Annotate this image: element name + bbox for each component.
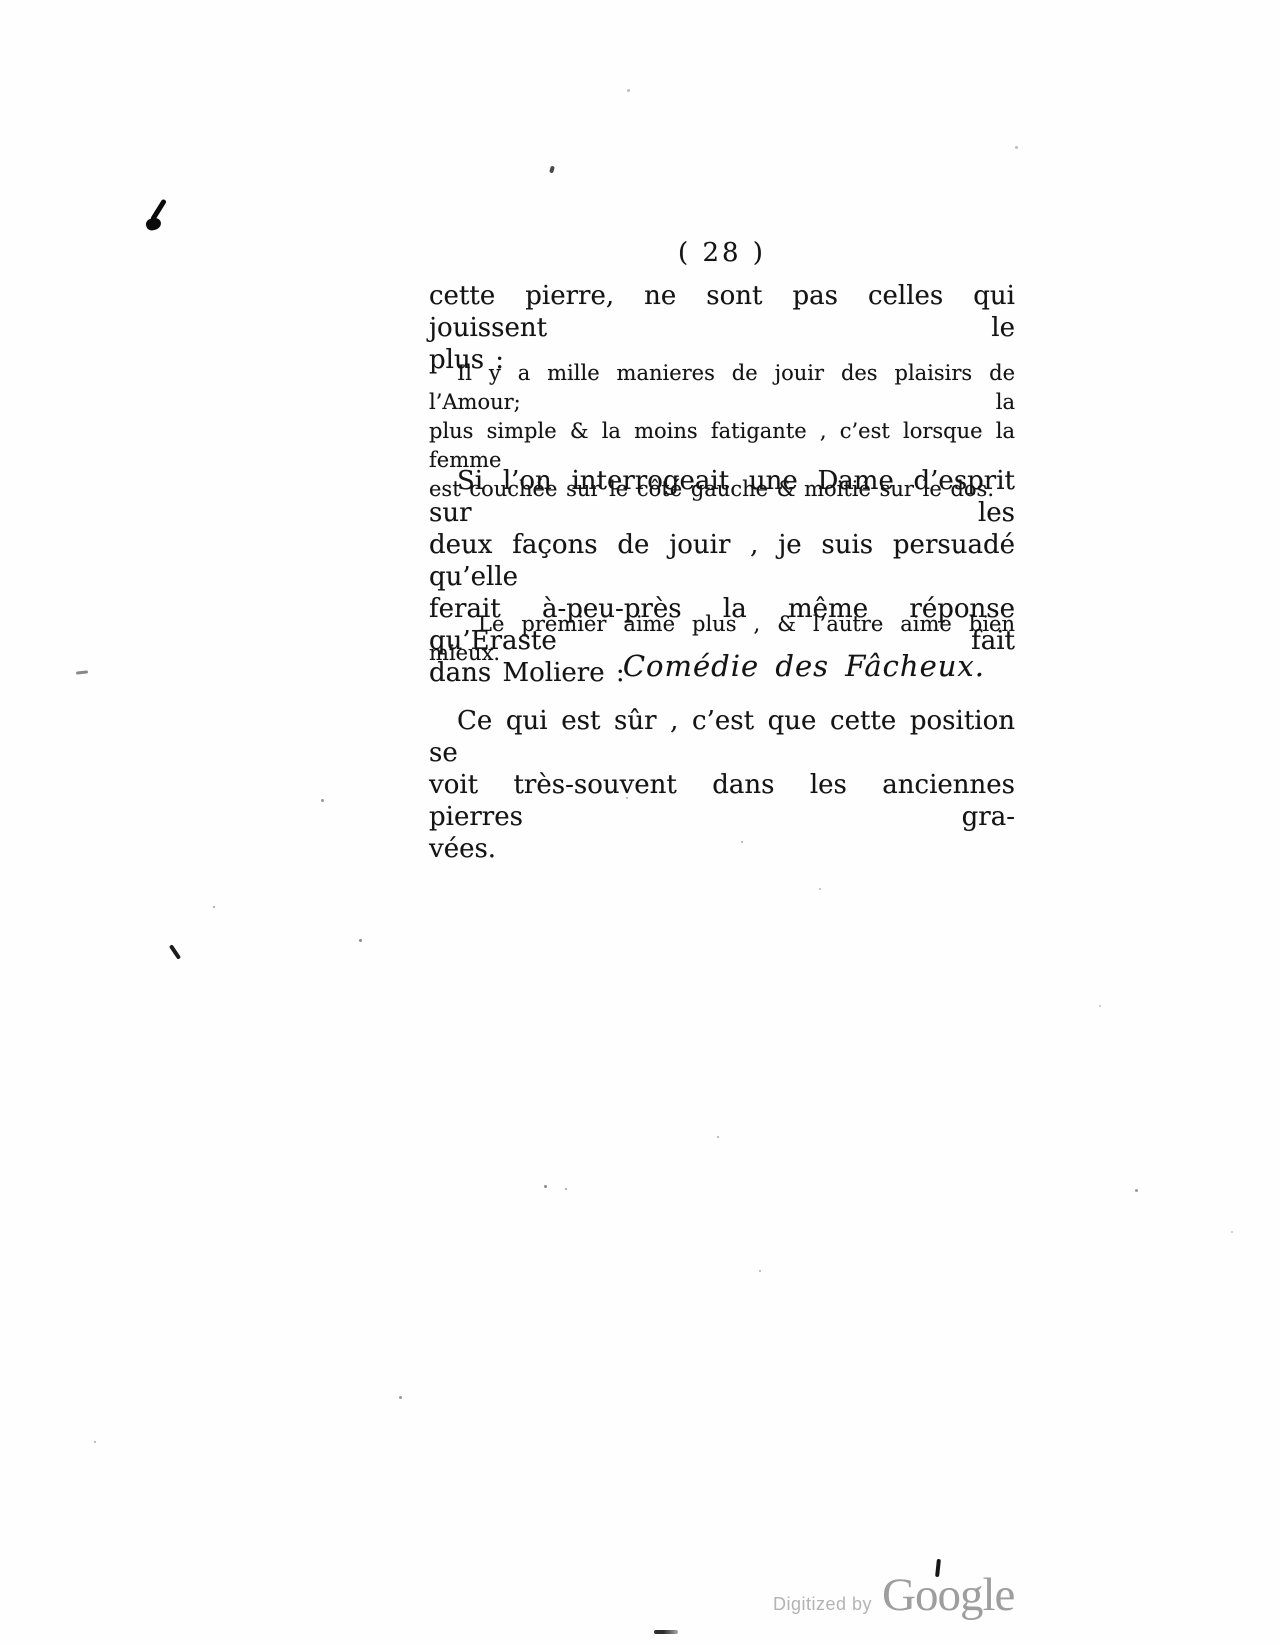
bottom-dash-mark xyxy=(654,1630,678,1634)
page-number: ( 28 ) xyxy=(429,238,1015,268)
scan-speck xyxy=(544,1185,547,1188)
scan-speck xyxy=(565,1188,567,1190)
scan-speck xyxy=(1231,1231,1233,1233)
scan-speck xyxy=(627,89,630,92)
scan-speck xyxy=(1099,1005,1101,1007)
scan-speck xyxy=(94,1441,96,1443)
text-line: vées. xyxy=(429,833,1015,865)
google-watermark: Digitized by Google xyxy=(773,1572,1014,1619)
scan-speck xyxy=(741,841,743,843)
scanned-book-page: ( 28 ) cette pierre, ne sont pas celles … xyxy=(0,0,1280,1645)
scan-speck xyxy=(213,906,215,908)
scan-speck xyxy=(359,939,362,942)
digitized-by-label: Digitized by xyxy=(773,1594,872,1615)
scan-speck xyxy=(399,1396,402,1399)
scan-speck xyxy=(819,888,821,890)
scan-speck xyxy=(717,1136,719,1138)
text-line: voit très-souvent dans les anciennes pie… xyxy=(429,769,1015,833)
text-line: Si l’on interrogeait une Dame d’esprit s… xyxy=(429,465,1015,529)
quote-attribution: Comédie des Fâcheux. xyxy=(429,648,1015,684)
scan-speck xyxy=(549,166,555,174)
paragraph-3: Ce qui est sûr , c’est que cette positio… xyxy=(429,705,1015,865)
scan-speck xyxy=(759,1270,761,1272)
text-line: cette pierre, ne sont pas celles qui jou… xyxy=(429,280,1015,344)
text-line: deux façons de jouir , je suis persuadé … xyxy=(429,529,1015,593)
google-logo: Google xyxy=(882,1572,1014,1619)
ink-blot-mark xyxy=(144,196,170,236)
margin-dash-mark xyxy=(76,670,88,674)
scan-speck xyxy=(626,797,628,799)
scan-speck xyxy=(321,799,324,802)
scan-speck xyxy=(1015,146,1018,149)
text-line: Ce qui est sûr , c’est que cette positio… xyxy=(429,705,1015,769)
scan-speck xyxy=(1135,1189,1138,1192)
ink-slash-mark xyxy=(169,944,181,960)
text-line: Il y a mille manieres de jouir des plais… xyxy=(429,359,1015,417)
